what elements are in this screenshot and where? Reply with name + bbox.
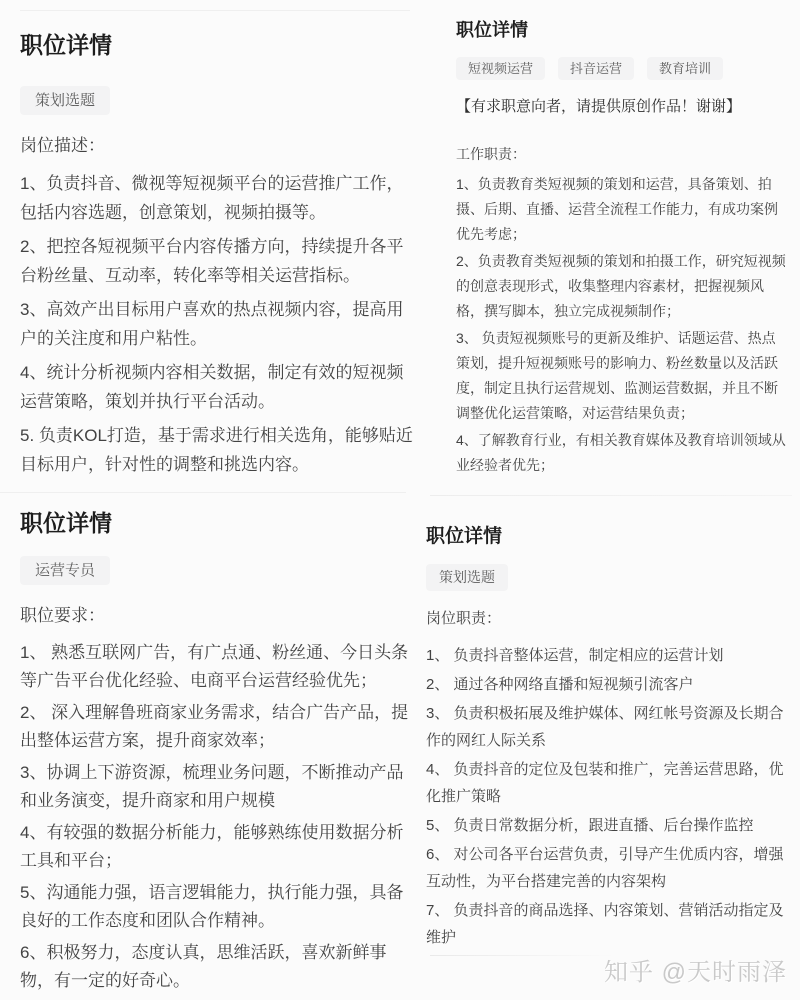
zhihu-watermark: 知乎 @天时雨泽 (604, 952, 787, 987)
job-item: 3、 负责积极拓展及维护媒体、网红帐号资源及长期合作的网红人际关系 (426, 700, 792, 754)
panel-title: 职位详情 (20, 30, 418, 60)
job-tag[interactable]: 教育培训 (647, 57, 723, 80)
job-item: 5、 负责日常数据分析，跟进直播、后台操作监控 (426, 812, 792, 839)
job-tag[interactable]: 短视频运营 (456, 57, 545, 80)
job-item: 2、 通过各种网络直播和短视频引流客户 (426, 671, 792, 698)
job-detail-panel-bottom-left: 职位详情 运营专员 职位要求： 1、 熟悉互联网广告，有广点通、粉丝通、今日头条… (20, 508, 418, 999)
tag-row: 策划选题 (20, 86, 418, 115)
job-tag[interactable]: 策划选题 (426, 564, 508, 591)
job-item: 1、负责抖音、微视等短视频平台的运营推广工作，包括内容选题，创意策划，视频拍摄等… (20, 169, 418, 227)
job-item: 4、有较强的数据分析能力，能够熟练使用数据分析工具和平台； (20, 819, 418, 875)
job-item: 6、 对公司各平台运营负责，引导产生优质内容，增强互动性，为平台搭建完善的内容架… (426, 841, 792, 895)
job-item: 1、负责教育类短视频的策划和运营，具备策划、拍摄、后期、直播、运营全流程工作能力… (456, 172, 788, 247)
job-detail-panel-bottom-right: 职位详情 策划选题 岗位职责： 1、 负责抖音整体运营，制定相应的运营计划 2、… (426, 524, 792, 953)
section-label: 工作职责： (456, 142, 788, 167)
job-item: 4、了解教育行业，有相关教育媒体及教育培训领域从业经验者优先； (456, 428, 788, 478)
section-label: 岗位职责： (426, 605, 792, 633)
right-column-divider (430, 495, 792, 496)
job-tag[interactable]: 运营专员 (20, 556, 110, 585)
tag-row: 运营专员 (20, 556, 418, 585)
job-item: 3、协调上下游资源，梳理业务问题，不断推动产品和业务演变，提升商家和用户规模 (20, 759, 418, 815)
tag-row: 短视频运营 抖音运营 教育培训 (456, 57, 788, 80)
job-detail-panel-top-right: 职位详情 短视频运营 抖音运营 教育培训 【有求职意向者，请提供原创作品！谢谢】… (456, 18, 788, 480)
job-item: 2、负责教育类短视频的策划和拍摄工作，研究短视频的创意表现形式，收集整理内容素材… (456, 249, 788, 324)
section-label: 职位要求： (20, 601, 418, 631)
bottom-divider (430, 955, 615, 956)
job-item: 1、 负责抖音整体运营，制定相应的运营计划 (426, 642, 792, 669)
job-item: 6、积极努力，态度认真，思维活跃，喜欢新鲜事物，有一定的好奇心。 (20, 939, 418, 995)
tag-row: 策划选题 (426, 564, 792, 591)
job-item: 4、统计分析视频内容相关数据，制定有效的短视频运营策略，策划并执行平台活动。 (20, 358, 418, 416)
job-item: 1、 熟悉互联网广告，有广点通、粉丝通、今日头条等广告平台优化经验、电商平台运营… (20, 639, 418, 695)
panel-title: 职位详情 (426, 524, 792, 550)
job-tag[interactable]: 策划选题 (20, 86, 110, 115)
job-item: 7、 负责抖音的商品选择、内容策划、营销活动指定及维护 (426, 897, 792, 951)
job-item: 2、把控各短视频平台内容传播方向，持续提升各平台粉丝量、互动率，转化率等相关运营… (20, 232, 418, 290)
job-detail-panel-top-left: 职位详情 策划选题 岗位描述： 1、负责抖音、微视等短视频平台的运营推广工作，包… (20, 30, 418, 484)
panel-title: 职位详情 (456, 18, 788, 42)
job-tag[interactable]: 抖音运营 (558, 57, 634, 80)
left-column-divider (0, 492, 406, 493)
applicant-notice: 【有求职意向者，请提供原创作品！谢谢】 (456, 96, 788, 118)
panel-title: 职位详情 (20, 508, 418, 538)
job-item: 4、 负责抖音的定位及包装和推广，完善运营思路，优化推广策略 (426, 756, 792, 810)
job-item: 5、沟通能力强，语言逻辑能力，执行能力强，具备良好的工作态度和团队合作精神。 (20, 879, 418, 935)
job-item: 3、 负责短视频账号的更新及维护、话题运营、热点策划，提升短视频账号的影响力、粉… (456, 326, 788, 426)
job-item: 2、 深入理解鲁班商家业务需求，结合广告产品，提出整体运营方案，提升商家效率； (20, 699, 418, 755)
section-label: 岗位描述： (20, 131, 418, 161)
job-item: 5. 负责KOL打造，基于需求进行相关选角，能够贴近目标用户，针对性的调整和挑选… (20, 421, 418, 479)
job-item: 3、高效产出目标用户喜欢的热点视频内容，提高用户的关注度和用户粘性。 (20, 295, 418, 353)
top-divider (20, 10, 410, 11)
